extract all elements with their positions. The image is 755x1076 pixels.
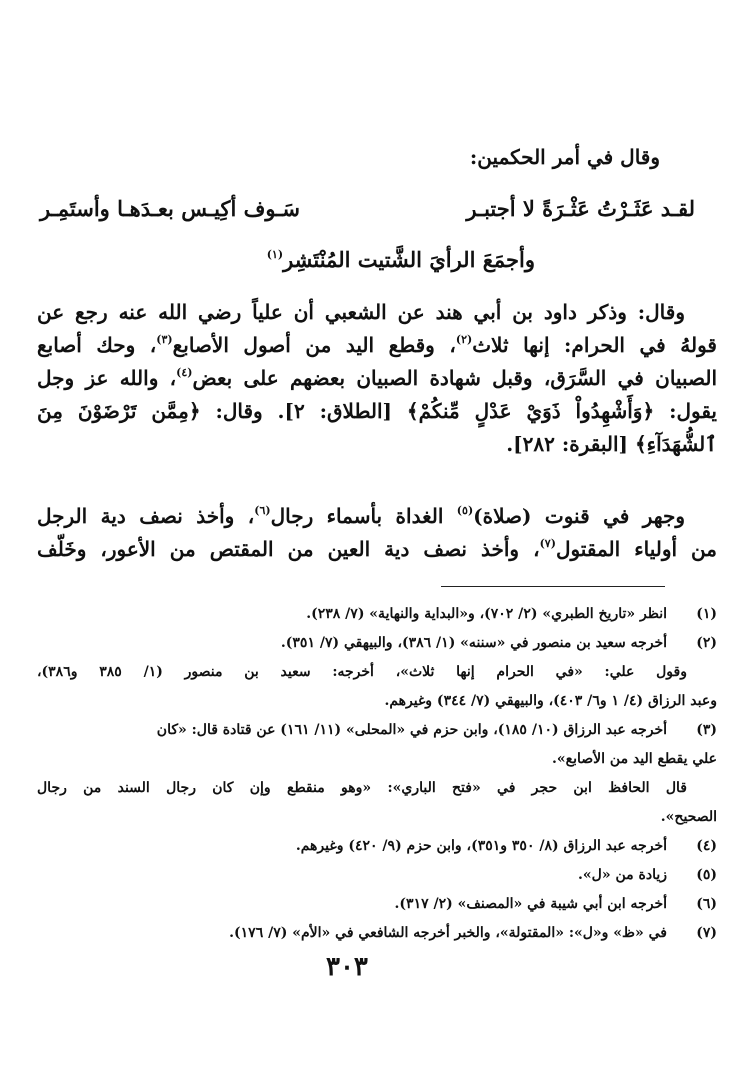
footnote-7: (٧) في «ظ» و«ل»: «المقتولة»، والخبر أخرج…: [37, 919, 717, 948]
footnote-text: زيادة من «ل».: [37, 861, 667, 890]
paragraph-1-line-1: وقال: وذكر داود بن أبي هند عن الشعبي أن …: [37, 296, 717, 329]
line-text: ، والله عز وجل: [37, 366, 176, 390]
footnote-text: أخرجه سعيد بن منصور في «سننه» (١/ ٣٨٦)، …: [37, 629, 667, 658]
footnote-3-wrap: علي يقطع اليد من الأصابع».: [37, 745, 717, 774]
line-text: الصبيان في السَّرَق، وقبل شهادة الصبيان …: [192, 366, 717, 390]
footnote-text: أخرجه عبد الرزاق (١٠/ ١٨٥)، وابن حزم في …: [37, 716, 667, 745]
footnote-text: أخرجه عبد الرزاق (٨/ ٣٥٠ و٣٥١)، وابن حزم…: [37, 832, 667, 861]
paragraph-1-line-4: يقول: ﴿وَأَشْهِدُواْ ذَوَيْ عَدْلٍ مِّنك…: [37, 395, 717, 428]
footnote-ref-3: (٣): [156, 333, 172, 346]
footnote-line: قال الحافظ ابن حجر في «فتح الباري»: «وهو…: [37, 774, 687, 803]
footnote-1: (١) انظر «تاريخ الطبري» (٢/ ٧٠٢)، و«البد…: [37, 600, 717, 629]
footnote-number: (١): [667, 600, 717, 629]
footnote-line: الصحيح».: [37, 803, 717, 832]
paragraph-2: وجهر في قنوت (صلاة)(٥) الغداة بأسماء رجا…: [37, 500, 717, 566]
footnote-number: (٥): [667, 861, 717, 890]
footnote-number: (٧): [667, 919, 717, 948]
verse-hemistich-2: سَـوف أكِيـس بعـدَهـا وأستَمِـر: [40, 194, 300, 224]
footnote-number: (٢): [667, 629, 717, 658]
footnote-ref-4: (٤): [176, 366, 192, 379]
verse-hemistich-1: لقـد عَثَـرْتُ عَثْـرَةً لا أجتبـر: [466, 194, 695, 224]
footnote-number: (٤): [667, 832, 717, 861]
footnote-3: (٣) أخرجه عبد الرزاق (١٠/ ١٨٥)، وابن حزم…: [37, 716, 717, 745]
footnote-2-continuation: وقول علي: «في الحرام إنها ثلاث»، أخرجه: …: [37, 658, 717, 687]
book-page: وقال في أمر الحكمين: لقـد عَثَـرْتُ عَثْ…: [0, 0, 755, 1076]
footnotes: (١) انظر «تاريخ الطبري» (٢/ ٧٠٢)، و«البد…: [37, 600, 717, 948]
footnote-ref-7: (٧): [540, 537, 556, 550]
footnote-2-continuation-2: وعبد الرزاق (٤/ ١ و٦/ ٤٠٣)، والبيهقي (٧/…: [37, 687, 717, 716]
footnote-text: في «ظ» و«ل»: «المقتولة»، والخبر أخرجه ال…: [37, 919, 667, 948]
paragraph-1-line-3: الصبيان في السَّرَق، وقبل شهادة الصبيان …: [37, 362, 717, 395]
footnote-text: انظر «تاريخ الطبري» (٢/ ٧٠٢)، و«البداية …: [37, 600, 667, 629]
footnote-ref-6: (٦): [254, 504, 270, 517]
footnote-2: (٢) أخرجه سعيد بن منصور في «سننه» (١/ ٣٨…: [37, 629, 717, 658]
footnote-5: (٥) زيادة من «ل».: [37, 861, 717, 890]
verse-line-2: وأجمَعَ الرأيَ الشَّتيت المُنْتَشِر(١): [267, 245, 535, 275]
paragraph-2-line-2: من أولياء المقتول(٧)، وأخذ نصف دية العين…: [37, 533, 717, 566]
footnote-separator: [441, 586, 665, 587]
footnote-6: (٦) أخرجه ابن أبي شيبة في «المصنف» (٢/ ٣…: [37, 890, 717, 919]
footnote-ref-2: (٢): [456, 333, 472, 346]
line-text: ، وأخذ نصف دية الرجل: [37, 504, 254, 528]
line-text: ، وقطع اليد من أصول الأصابع: [173, 333, 456, 357]
page-number: ٣٠٣: [326, 952, 368, 982]
verse-line-2-text: وأجمَعَ الرأيَ الشَّتيت المُنْتَشِر: [283, 247, 535, 272]
footnote-3-continuation: قال الحافظ ابن حجر في «فتح الباري»: «وهو…: [37, 774, 717, 803]
footnote-4: (٤) أخرجه عبد الرزاق (٨/ ٣٥٠ و٣٥١)، وابن…: [37, 832, 717, 861]
footnote-number: (٣): [667, 716, 717, 745]
footnote-line: علي يقطع اليد من الأصابع».: [37, 745, 717, 774]
footnote-number: (٦): [667, 890, 717, 919]
footnote-line: وعبد الرزاق (٤/ ١ و٦/ ٤٠٣)، والبيهقي (٧/…: [37, 687, 717, 716]
footnote-line: وقول علي: «في الحرام إنها ثلاث»، أخرجه: …: [37, 658, 687, 687]
paragraph-1-line-5: ٱلشُّهَدَآءِ﴾ [البقرة: ٢٨٢].: [37, 428, 717, 461]
paragraph-1: وقال: وذكر داود بن أبي هند عن الشعبي أن …: [37, 296, 717, 461]
line-text: قولهُ في الحرام: إنها ثلاث: [472, 333, 717, 357]
line-text: ، وحك أصابع: [37, 333, 156, 357]
intro-line: وقال في أمر الحكمين:: [470, 142, 660, 172]
line-text: من أولياء المقتول: [556, 537, 717, 561]
paragraph-1-line-2: قولهُ في الحرام: إنها ثلاث(٢)، وقطع اليد…: [37, 329, 717, 362]
line-text: وجهر في قنوت (صلاة): [473, 504, 685, 528]
paragraph-2-line-1: وجهر في قنوت (صلاة)(٥) الغداة بأسماء رجا…: [37, 500, 717, 533]
line-text: ، وأخذ نصف دية العين من المقتص من الأعور…: [37, 537, 540, 561]
footnote-3-continuation-2: الصحيح».: [37, 803, 717, 832]
footnote-ref-1: (١): [267, 248, 283, 261]
footnote-ref-5: (٥): [457, 504, 473, 517]
footnote-text: أخرجه ابن أبي شيبة في «المصنف» (٢/ ٣١٧).: [37, 890, 667, 919]
line-text: الغداة بأسماء رجال: [271, 504, 457, 528]
